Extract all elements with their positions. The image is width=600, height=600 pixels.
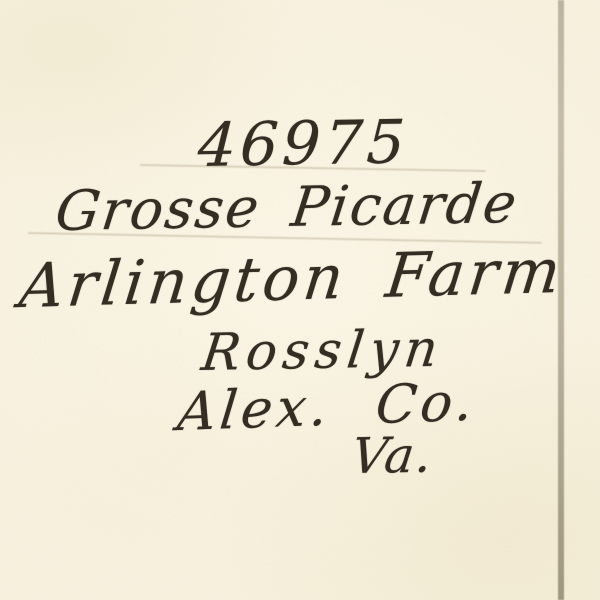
handwritten-farm-line: Arlington Farm — [17, 241, 568, 317]
handwritten-state-line: Va. — [349, 431, 437, 482]
handwritten-name-line: Grosse Picarde — [53, 176, 522, 239]
scanned-handwritten-card: 46975 Grosse Picarde Arlington Farm Ross… — [0, 0, 600, 600]
handwritten-town-line: Rosslyn — [199, 324, 447, 379]
handwritten-number-line: 46975 — [196, 112, 410, 176]
